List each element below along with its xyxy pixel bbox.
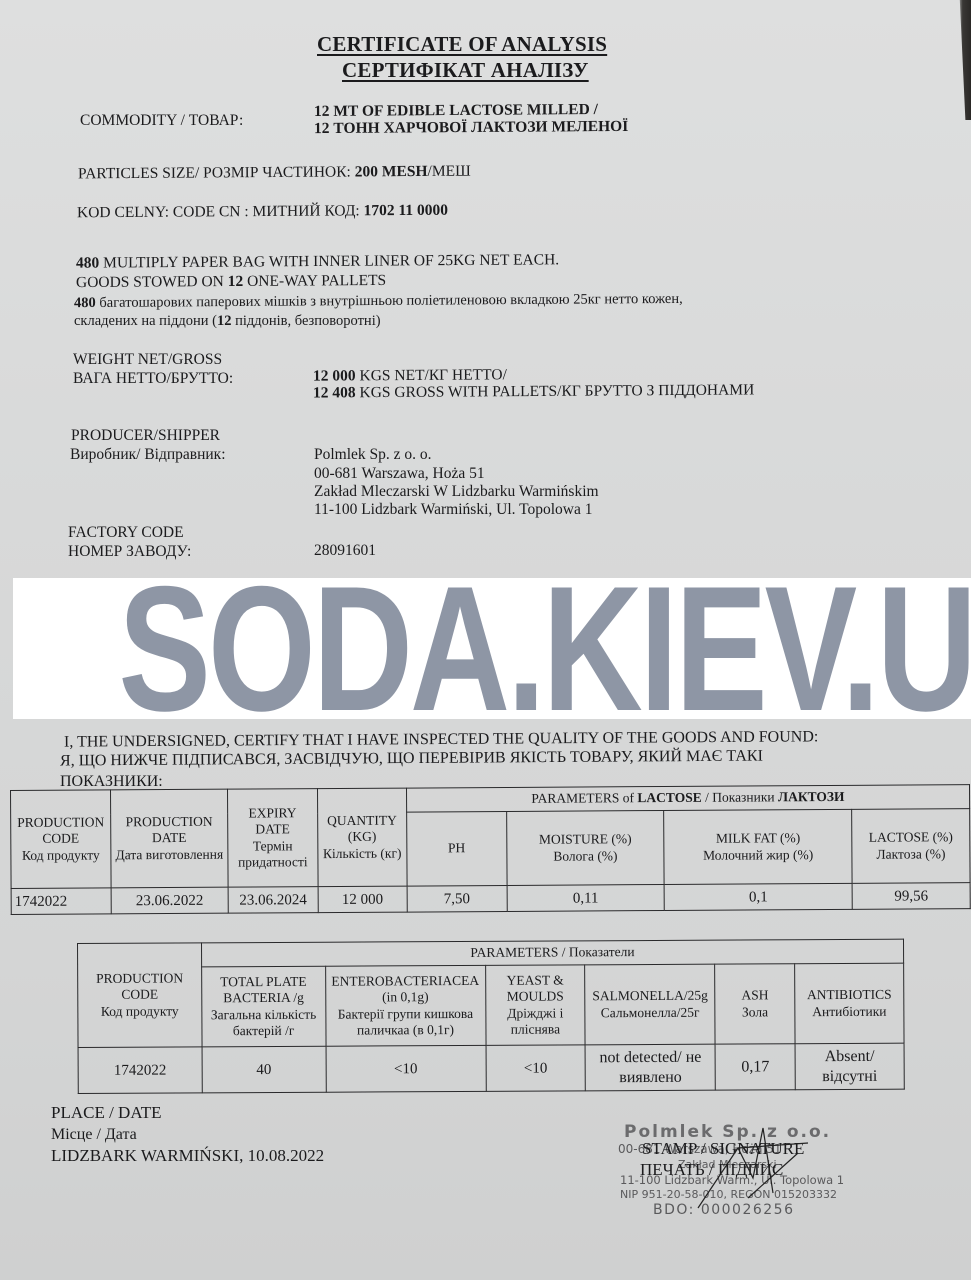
weight-label-ua: ВАГА НЕТТО/БРУТТО: bbox=[73, 370, 233, 388]
cell-total-plate-bacteria: 40 bbox=[202, 1046, 326, 1093]
watermark-banner: SODA.KIEV.UA bbox=[13, 578, 971, 719]
producer-line-1: Polmlek Sp. z o. o. bbox=[314, 446, 432, 464]
cell-quantity: 12 000 bbox=[318, 886, 407, 913]
bag-count-ua: 480 bbox=[74, 295, 96, 311]
weight-label-en: WEIGHT NET/GROSS bbox=[73, 351, 222, 369]
packaging-text-2b: ONE-WAY PALLETS bbox=[247, 272, 386, 290]
gross-weight-text: KGS GROSS WITH PALLETS/КГ БРУТТО З ПІДДО… bbox=[359, 381, 754, 401]
header-moisture: MOISTURE (%) Волога (%) bbox=[506, 811, 664, 886]
parameters-group-header: PARAMETERS / Показатели bbox=[201, 939, 903, 967]
packaging-text-3: багатошарових паперових мішків з внутріш… bbox=[99, 291, 682, 311]
factory-label-en: FACTORY CODE bbox=[68, 524, 184, 542]
header-ua: Бактерії групи кишкова паличкаа (в 0,1г) bbox=[338, 1005, 473, 1037]
header-ua: Дріжджі і пліснява bbox=[507, 1005, 563, 1036]
place-date-value: LIDZBARK WARMIŃSKI, 10.08.2022 bbox=[51, 1146, 324, 1166]
header-en: MILK FAT (%) bbox=[716, 830, 800, 846]
header-en: YEAST & MOULDS bbox=[507, 973, 564, 1004]
header-en: ENTEROBACTERIACEA (in 0,1g) bbox=[331, 973, 479, 1005]
header-production-code: PRODUCTION CODE Код продукту bbox=[11, 790, 112, 889]
packaging-text-4a: складених на піддони ( bbox=[74, 313, 217, 329]
header-ua: Загальна кількість бактерій /г bbox=[211, 1006, 317, 1038]
header-en: EXPIRY DATE bbox=[248, 805, 296, 836]
packaging-text-1: MULTIPLY PAPER BAG WITH INNER LINER OF 2… bbox=[103, 251, 559, 271]
header-salmonella: SALMONELLA/25g Сальмонелла/25г bbox=[585, 964, 715, 1045]
commodity-value-ua: 12 ТОНН ХАРЧОВОЇ ЛАКТОЗИ МЕЛЕНОЇ bbox=[314, 118, 628, 138]
cell-enterobacteriacea: <10 bbox=[326, 1045, 486, 1092]
header-en: MOISTURE (%) bbox=[539, 832, 632, 848]
cell-production-code: 1742022 bbox=[78, 1047, 202, 1094]
header-quantity: QUANTITY (KG) Кількість (кг) bbox=[317, 788, 407, 887]
cell-salmonella: not detected/ не виявлено bbox=[585, 1044, 715, 1091]
factory-label-ua: НОМЕР ЗАВОДУ: bbox=[68, 543, 191, 561]
packaging-line-1: 480 MULTIPLY PAPER BAG WITH INNER LINER … bbox=[76, 251, 559, 272]
header-ua: Сальмонелла/25г bbox=[601, 1004, 700, 1020]
pallet-count: 12 bbox=[228, 273, 244, 290]
header-lactose: LACTOSE (%) Лактоза (%) bbox=[852, 809, 970, 884]
header-ua: Код продукту bbox=[22, 847, 100, 862]
header-en: PRODUCTION CODE bbox=[17, 815, 104, 847]
producer-line-4: 11-100 Lidzbark Warmiński, Ul. Topolowa … bbox=[314, 501, 593, 519]
table-row: 1742022 23.06.2022 23.06.2024 12 000 7,5… bbox=[11, 883, 970, 915]
cell-production-date: 23.06.2022 bbox=[111, 887, 228, 914]
customs-label: KOD CELNY: CODE CN : МИТНИЙ КОД: bbox=[77, 202, 360, 221]
cell-lactose: 99,56 bbox=[852, 883, 970, 910]
signature-icon bbox=[678, 1118, 818, 1218]
header-en: SALMONELLA/25g bbox=[592, 988, 708, 1004]
company-stamp: Polmlek Sp. z o.o. 00-681 Warszawa, Hoża… bbox=[618, 1122, 868, 1222]
header-expiry-date: EXPIRY DATE Термін придатності bbox=[227, 789, 318, 888]
header-en: QUANTITY (KG) bbox=[327, 813, 397, 844]
table-row: 1742022 40 <10 <10 not detected/ не вияв… bbox=[78, 1043, 904, 1093]
header-production-code: PRODUCTION CODE Код продукту bbox=[78, 943, 202, 1048]
particles-row: PARTICLES SIZE/ РОЗМІР ЧАСТИНОК: 200 MES… bbox=[78, 163, 471, 184]
group-header-bold: ЛАКТОЗИ bbox=[778, 789, 845, 804]
header-total-plate-bacteria: TOTAL PLATE BACTERIA /g Загальна кількіс… bbox=[201, 966, 325, 1047]
cell-milk-fat: 0,1 bbox=[664, 883, 852, 910]
particles-value: 200 MESH bbox=[355, 163, 428, 181]
particles-unit: /МЕШ bbox=[427, 163, 470, 180]
header-ua: Молочний жир (%) bbox=[703, 847, 813, 863]
lactose-group-header: PARAMETERS of LACTOSE / Показники ЛАКТОЗ… bbox=[406, 785, 969, 812]
header-ua: Лактоза (%) bbox=[876, 846, 945, 861]
microbiology-parameters-table: PRODUCTION CODE Код продукту PARAMETERS … bbox=[77, 939, 905, 1094]
header-en: ANTIBIOTICS bbox=[807, 987, 892, 1002]
packaging-line-2: GOODS STOWED ON 12 ONE-WAY PALLETS bbox=[76, 272, 386, 292]
title-ua: СЕРТИФІКАТ АНАЛІЗУ bbox=[342, 58, 589, 83]
cell-yeast-moulds: <10 bbox=[486, 1045, 586, 1092]
gross-weight-value: 12 408 bbox=[313, 384, 356, 401]
header-ash: ASH Зола bbox=[715, 964, 795, 1044]
header-en: TOTAL PLATE BACTERIA /g bbox=[220, 974, 306, 1006]
producer-label-ua: Виробник/ Відправник: bbox=[70, 446, 226, 464]
cell-ash: 0,17 bbox=[715, 1044, 795, 1090]
pallet-count-ua: 12 bbox=[217, 313, 232, 329]
bag-count: 480 bbox=[76, 255, 99, 272]
place-date-label-ua: Місце / Дата bbox=[51, 1126, 137, 1144]
header-en: PRODUCTION CODE bbox=[96, 971, 183, 1003]
header-ua: Код продукту bbox=[101, 1003, 179, 1018]
group-header-text: / Показники bbox=[702, 790, 778, 805]
header-en: ASH bbox=[741, 988, 768, 1003]
header-enterobacteriacea: ENTEROBACTERIACEA (in 0,1g) Бактерії гру… bbox=[325, 965, 485, 1046]
header-ua: Волога (%) bbox=[553, 848, 617, 863]
weight-gross: 12 408 KGS GROSS WITH PALLETS/КГ БРУТТО … bbox=[313, 381, 754, 402]
lactose-parameters-table: PRODUCTION CODE Код продукту PRODUCTION … bbox=[10, 784, 971, 915]
cell-ph: 7,50 bbox=[407, 885, 507, 912]
net-weight-value: 12 000 bbox=[313, 367, 356, 384]
commodity-label: COMMODITY / ТОВАР: bbox=[80, 112, 243, 130]
cell-expiry-date: 23.06.2024 bbox=[228, 887, 318, 914]
header-en: PH bbox=[448, 841, 465, 856]
header-ua: Зола bbox=[742, 1004, 768, 1019]
header-ua: Дата виготовлення bbox=[115, 846, 223, 862]
header-antibiotics: ANTIBIOTICS Антибіотики bbox=[795, 963, 904, 1044]
header-ua: Кількість (кг) bbox=[323, 845, 402, 860]
producer-line-3: Zakład Mleczarski W Lidzbarku Warmińskim bbox=[314, 483, 599, 501]
net-weight-text: KGS NET/КГ НЕТТО/ bbox=[359, 366, 507, 384]
particles-label: PARTICLES SIZE/ РОЗМІР ЧАСТИНОК: bbox=[78, 163, 351, 182]
group-header-bold: LACTOSE bbox=[637, 790, 701, 805]
header-en: PRODUCTION DATE bbox=[126, 814, 213, 846]
packaging-line-4: складених на піддони (12 піддонів, безпо… bbox=[74, 313, 381, 330]
cell-production-code: 1742022 bbox=[11, 888, 111, 915]
customs-value: 1702 11 0000 bbox=[363, 202, 448, 220]
header-yeast-moulds: YEAST & MOULDS Дріжджі і пліснява bbox=[485, 965, 585, 1046]
header-ua: Антибіотики bbox=[812, 1003, 886, 1018]
header-ua: Термін придатності bbox=[238, 838, 308, 870]
header-ph: PH bbox=[406, 811, 506, 886]
packaging-text-2a: GOODS STOWED ON bbox=[76, 273, 224, 291]
producer-line-2: 00-681 Warszawa, Hoża 51 bbox=[314, 465, 485, 483]
place-date-label-en: PLACE / DATE bbox=[51, 1103, 162, 1123]
header-production-date: PRODUCTION DATE Дата виготовлення bbox=[110, 789, 228, 888]
title-en: CERTIFICATE OF ANALYSIS bbox=[317, 32, 607, 57]
producer-label-en: PRODUCER/SHIPPER bbox=[71, 427, 220, 445]
header-en: LACTOSE (%) bbox=[869, 830, 953, 846]
header-milk-fat: MILK FAT (%) Молочний жир (%) bbox=[664, 809, 852, 884]
customs-row: KOD CELNY: CODE CN : МИТНИЙ КОД: 1702 11… bbox=[77, 202, 448, 223]
watermark-text: SODA.KIEV.UA bbox=[118, 578, 865, 719]
packaging-text-4b: піддонів, безповоротні) bbox=[235, 313, 380, 329]
cell-antibiotics: Absent/ відсутні bbox=[795, 1043, 904, 1090]
factory-code-value: 28091601 bbox=[314, 542, 376, 560]
cell-moisture: 0,11 bbox=[507, 885, 665, 912]
group-header-text: PARAMETERS of bbox=[531, 791, 637, 807]
